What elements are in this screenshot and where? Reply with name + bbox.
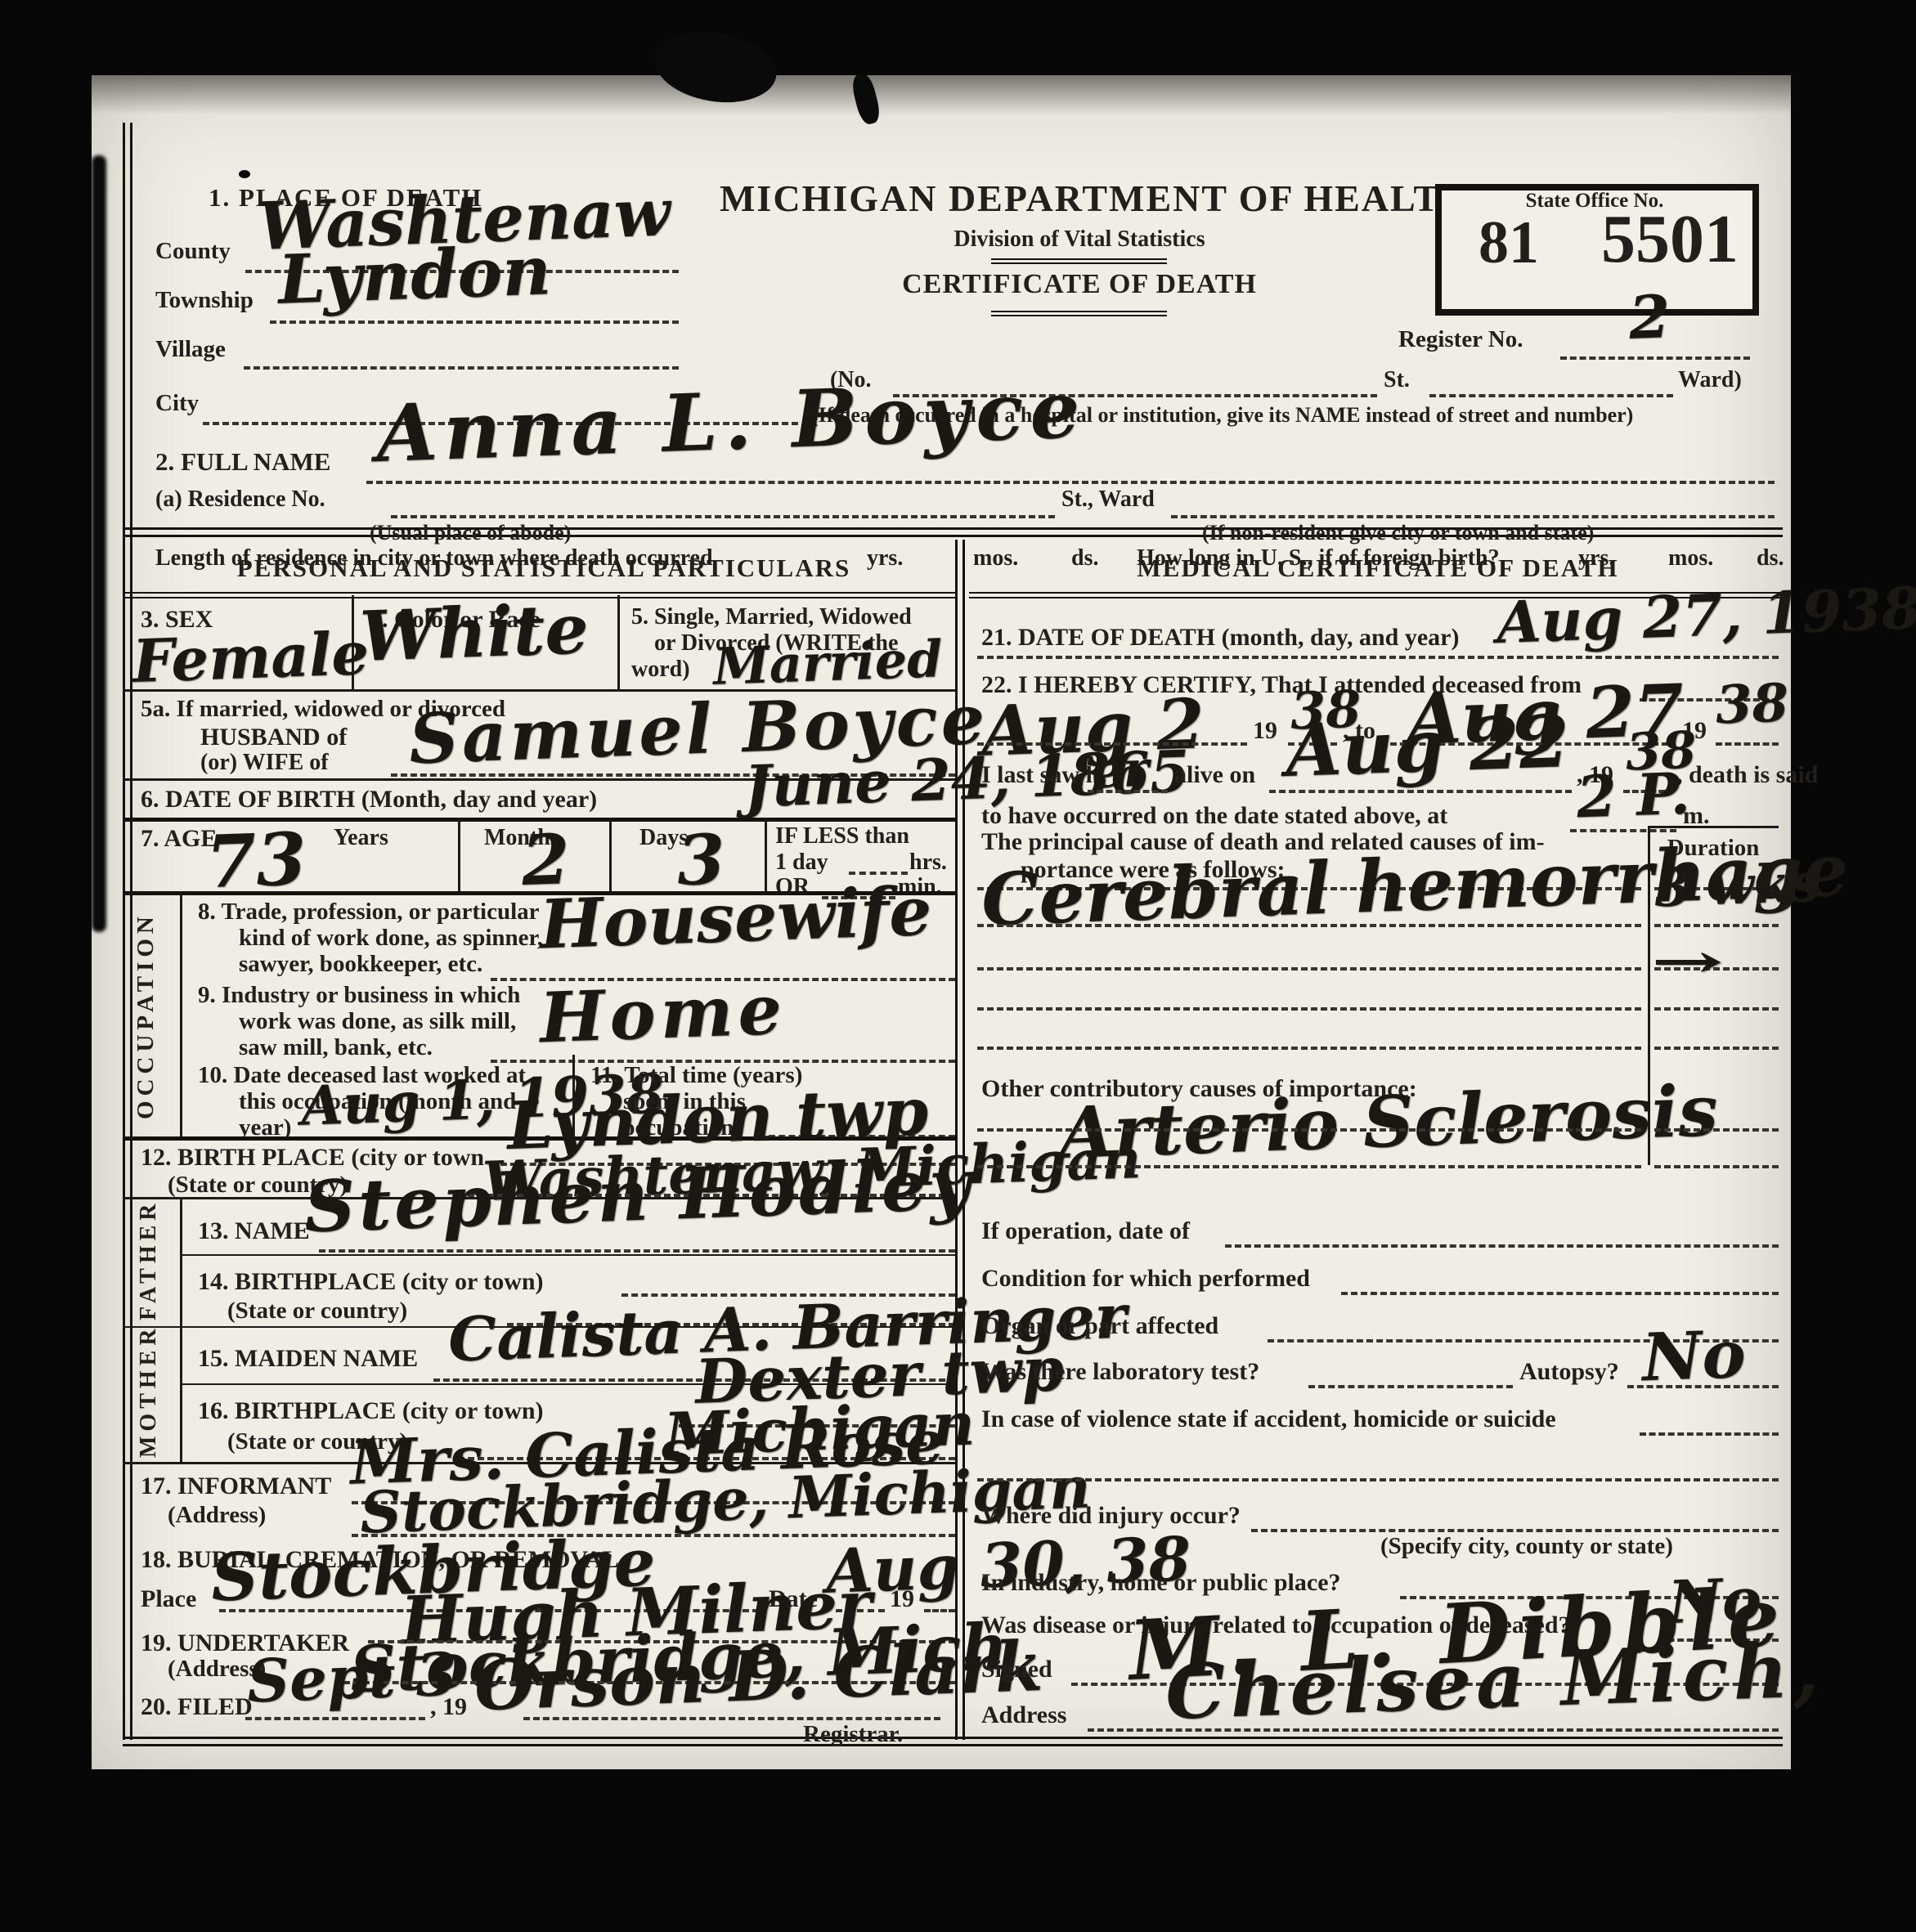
cause-line-2-duration [1654, 924, 1779, 927]
dod-value: Aug 27, 1938 [1496, 580, 1916, 652]
registrar-signature: Orson D. Clark [473, 1632, 1044, 1720]
cause-line-4 [977, 1007, 1641, 1011]
filed-line [245, 1717, 425, 1720]
condition-line [1341, 1292, 1779, 1295]
form-left-border [123, 123, 132, 1740]
labtest-line [1308, 1385, 1513, 1388]
lastsaw-date-value: Aug 22 [1285, 705, 1571, 787]
father-side-label: FATHER [136, 1202, 175, 1320]
father-bp-state-label: (State or country) [227, 1298, 407, 1324]
to-year-value: 38 [1715, 677, 1789, 732]
organ-label: Organ or part affected [981, 1313, 1218, 1339]
age-months-days-divider [609, 818, 612, 891]
trade-value: Housewife [539, 878, 933, 959]
occurred-label: to have occurred on the date stated abov… [981, 803, 1447, 829]
industry-label-3: saw mill, bank, etc. [239, 1035, 433, 1060]
violence-label: In case of violence state if accident, h… [981, 1406, 1556, 1432]
trade-label-3: sawyer, bookkeeper, etc. [239, 952, 482, 977]
occupation-rail [180, 891, 182, 1136]
department-title: MICHIGAN DEPARTMENT OF HEALTH [720, 178, 1439, 219]
operation-label: If operation, date of [981, 1218, 1190, 1244]
mother-side-label: MOTHER [136, 1331, 175, 1458]
personal-particulars-title: PERSONAL AND STATISTICAL PARTICULARS [135, 554, 953, 581]
register-label: Register No. [1398, 327, 1523, 352]
occurred-line [1570, 829, 1676, 832]
informant-label: 17. INFORMANT [141, 1473, 331, 1499]
industry-place-label: In industry, home or public place? [981, 1570, 1341, 1596]
city-label: City [155, 391, 199, 416]
physician-address-line [1088, 1728, 1779, 1732]
burial-place-label: Place [141, 1586, 196, 1612]
race-marital-divider [617, 595, 620, 689]
state-office-code: 81 [1479, 211, 1539, 276]
lastsaw-her-value: er [1091, 745, 1150, 796]
age-years-value: 73 [205, 823, 307, 898]
ward-label: Ward) [1678, 368, 1742, 392]
other-line-2 [977, 1165, 1641, 1168]
signed-label: Signed [981, 1656, 1052, 1683]
row13-bottom [180, 1254, 955, 1256]
marital-label-1: 5. Single, Married, Widowed [631, 605, 912, 630]
duration-arrow-icon: → [1651, 939, 1724, 984]
labtest-label: Was there laboratory test? [981, 1359, 1259, 1385]
violence-line [1640, 1432, 1779, 1436]
county-label: County [155, 239, 231, 264]
race-value: White [359, 594, 590, 671]
village-label: Village [155, 337, 226, 362]
state-office-number: 5501 [1601, 203, 1739, 277]
condition-label: Condition for which performed [981, 1266, 1310, 1292]
dob-label: 6. DATE OF BIRTH (Month, day and year) [141, 787, 597, 813]
alive-on-label: alive on [1174, 762, 1255, 788]
husband-of-label: HUSBAND of [200, 724, 347, 751]
physician-address-value: Chelsea Mich, [1164, 1632, 1825, 1730]
to-year-line [1716, 742, 1779, 746]
duration-box-top [1648, 826, 1779, 828]
other-cause-value: Arterio Sclerosis [1058, 1076, 1719, 1169]
township-value: Lyndon [277, 237, 552, 314]
father-name-label: 13. NAME [198, 1218, 310, 1244]
operation-line [1225, 1244, 1779, 1248]
township-line [270, 321, 679, 324]
fullname-label: 2. FULL NAME [155, 448, 330, 475]
years-label: Years [334, 826, 388, 850]
scan-speck [239, 170, 250, 178]
cause-line-5 [977, 1047, 1641, 1050]
fullname-line [366, 481, 1775, 484]
autopsy-line [1627, 1385, 1779, 1388]
medical-certificate-title: MEDICAL CERTIFICATE OF DEATH [977, 554, 1779, 581]
township-label: Township [155, 288, 254, 313]
autopsy-value: No [1641, 1321, 1747, 1390]
cause-line-4-duration [1654, 1007, 1779, 1011]
scan-left-streak [92, 155, 106, 932]
dod-line [977, 656, 1779, 659]
age-years-months-divider [458, 818, 460, 891]
register-value: 2 [1628, 287, 1671, 347]
mother-bp-label: 16. BIRTHPLACE (city or town) [198, 1398, 544, 1424]
other-line-1-duration [1654, 1128, 1779, 1132]
autopsy-label: Autopsy? [1519, 1359, 1619, 1385]
register-line [1560, 356, 1750, 360]
informant-address-label: (Address) [168, 1503, 266, 1528]
filed-date-value: Sept 3 [246, 1645, 458, 1711]
village-line [244, 366, 679, 370]
industry-label-2: work was done, as silk mill, [239, 1009, 516, 1034]
death-said-label: , death is said [1676, 762, 1818, 788]
rule-under-certificate [991, 311, 1167, 316]
lastsaw-label: I last saw h [981, 762, 1099, 788]
injury-line [1251, 1529, 1779, 1532]
fullname-value: Anna L. Boyce [375, 370, 1088, 473]
registrar-line [523, 1717, 940, 1720]
from-19: 19 [1253, 718, 1277, 744]
rule-under-division [991, 258, 1167, 264]
cause-line-3 [977, 967, 1641, 970]
lastsaw-date-line [1269, 790, 1572, 793]
st-ward-line [1171, 515, 1775, 518]
st-ward-label: St., Ward [1061, 487, 1155, 512]
division-subtitle: Division of Vital Statistics [720, 227, 1439, 252]
mother-name-label: 15. MAIDEN NAME [198, 1346, 418, 1372]
injury-label: Where did injury occur? [981, 1503, 1241, 1529]
residence-line [391, 515, 1055, 518]
dod-label: 21. DATE OF DEATH (month, day, and year) [981, 625, 1460, 651]
industry-value: Home [539, 975, 787, 1052]
sex-value: Female [132, 624, 370, 691]
st-line [1429, 394, 1673, 397]
occupation-side-label: OCCUPATION [132, 898, 175, 1133]
other-line-2-duration [1654, 1165, 1779, 1168]
abode-note: (Usual place of abode) [370, 522, 571, 545]
registrar-label: Registrar. [803, 1722, 903, 1747]
occurred-time-value: 2 P. [1576, 765, 1691, 827]
wife-of-label: (or) WIFE of [200, 751, 329, 775]
violence-line-2 [977, 1478, 1779, 1481]
trade-label-2: kind of work done, as spinner, [239, 926, 543, 951]
nonresident-note: (If non-resident give city or town and s… [1202, 522, 1594, 545]
specify-note: (Specify city, county or state) [1380, 1534, 1673, 1559]
filed-label: 20. FILED [141, 1694, 253, 1720]
cause-line-5-duration [1654, 1047, 1779, 1050]
father-bp-label: 14. BIRTHPLACE (city or town) [198, 1269, 544, 1295]
ifless-label-2: 1 day [775, 850, 828, 875]
other-line-1 [977, 1128, 1641, 1132]
physician-address-label: Address [981, 1702, 1066, 1728]
ifless-label-2b: hrs. [909, 850, 947, 875]
ifless-label-1: IF LESS than [775, 824, 909, 849]
certificate-title: CERTIFICATE OF DEATH [720, 270, 1439, 300]
father-name-line [319, 1249, 955, 1253]
scan-top-shadow [92, 75, 1791, 114]
st-label: St. [1384, 368, 1410, 392]
trade-label-1: 8. Trade, profession, or particular [198, 899, 540, 925]
cause-duration-value: 3 wks [1654, 857, 1820, 915]
marital-label-3: word) [631, 657, 690, 682]
bottom-border [123, 1737, 1783, 1746]
cause-line-2 [977, 924, 1641, 927]
parent-rail [180, 1197, 182, 1463]
filed-19: , 19 [430, 1694, 467, 1720]
lastsaw-her-line [1088, 790, 1168, 793]
industry-label-1: 9. Industry or business in which [198, 983, 520, 1008]
scanned-death-certificate: { "top": { "section1": "1. PLACE OF DEAT… [0, 0, 1916, 1932]
residence-label: (a) Residence No. [155, 487, 325, 512]
burial-date-19: 19 [890, 1586, 914, 1612]
